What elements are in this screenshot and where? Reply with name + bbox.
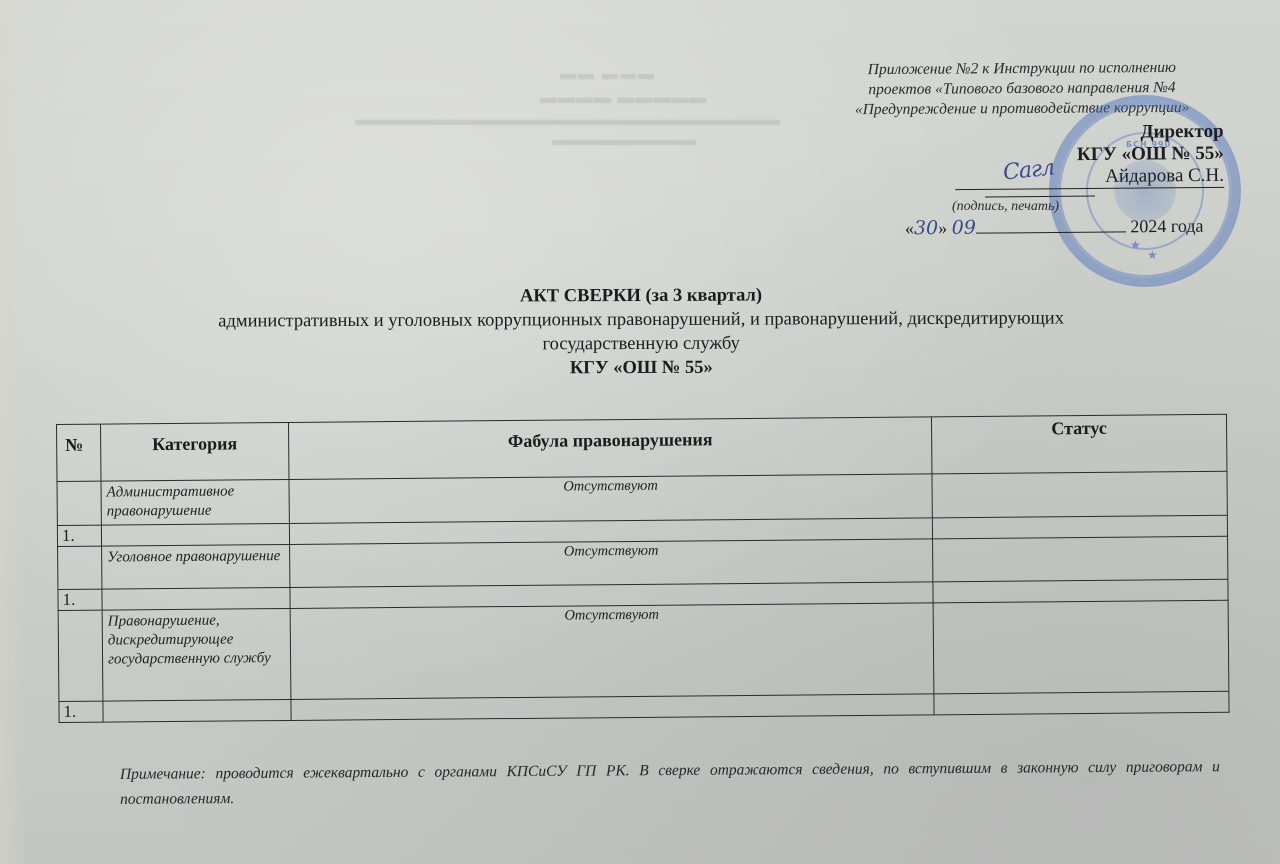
cell-category [103, 699, 291, 722]
header-status: Статус [931, 414, 1226, 474]
cell-number: 1. [58, 589, 102, 610]
cell-fabula: Отсутствуют [290, 539, 933, 588]
date-blank-line [976, 229, 1126, 233]
cell-category: Уголовное правонарушение [102, 544, 290, 589]
cell-category [101, 523, 289, 546]
cell-status [932, 515, 1227, 539]
approver-position: Директор [955, 121, 1224, 145]
reconciliation-table: № Категория Фабула правонарушения Статус… [56, 414, 1229, 723]
cell-status [932, 471, 1227, 518]
header-category: Категория [101, 422, 289, 481]
cell-number: 1. [57, 525, 101, 546]
cell-category: Правонарушение, дискредитирующее государ… [102, 608, 291, 701]
approval-block: Директор КГУ «ОШ № 55» Айдарова С.Н. [955, 121, 1224, 190]
date-year: 2024 года [1130, 216, 1203, 237]
date-day: 30 [914, 217, 938, 239]
title-main: АКТ СВЕРКИ (за 3 квартал) [1, 284, 1280, 309]
cell-fabula: Отсутствуют [290, 603, 934, 700]
title-subject-cont: государственную службу [1, 332, 1280, 357]
cell-number [58, 546, 102, 589]
appendix-line: проектов «Типового базового направления … [822, 78, 1222, 101]
table-header-row: № Категория Фабула правонарушения Статус [57, 414, 1227, 481]
header-number: № [57, 424, 101, 481]
title-subject: административных и уголовных коррупционн… [1, 308, 1280, 333]
approver-organization: КГУ «ОШ № 55» [955, 143, 1224, 167]
cell-fabula: Отсутствуют [289, 474, 932, 524]
cell-status [933, 579, 1228, 603]
date-month: 09 [952, 217, 976, 239]
cell-number: 1. [59, 701, 103, 722]
date-close-quote: » [938, 218, 947, 238]
header-fabula: Фабула правонарушения [288, 417, 931, 480]
cell-status [933, 536, 1228, 582]
cell-category: Административное правонарушение [101, 479, 289, 525]
approval-date: «30» 09 2024 года [905, 215, 1204, 240]
cell-category [102, 587, 290, 610]
appendix-line: «Предупреждение и противодействие корруп… [822, 98, 1222, 121]
cell-number [58, 610, 103, 701]
signature-caption: (подпись, печать) [952, 199, 1059, 215]
appendix-reference: Приложение №2 к Инструкции по исполнению… [822, 58, 1222, 121]
paper-edge [0, 0, 26, 864]
handwritten-signature: Сагл [1002, 155, 1055, 185]
table-row-category: Правонарушение, дискредитирующее государ… [58, 600, 1229, 701]
cell-number [57, 481, 101, 525]
cell-status [933, 600, 1229, 694]
footnote: Примечание: проводится ежеквартально с о… [120, 754, 1220, 812]
approver-name: Айдарова С.Н. [955, 165, 1224, 190]
title-organization: КГУ «ОШ № 55» [1, 356, 1280, 381]
appendix-line: Приложение №2 к Инструкции по исполнению [822, 58, 1222, 81]
cell-status [934, 691, 1229, 715]
date-open-quote: « [905, 218, 914, 238]
